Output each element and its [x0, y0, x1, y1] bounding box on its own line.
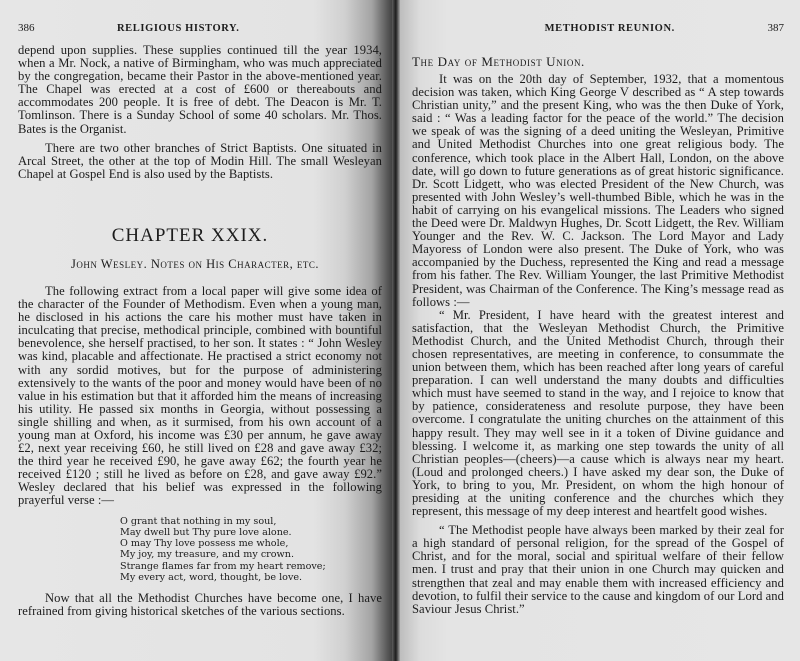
- chapter-subtitle: John Wesley. Notes on His Character, etc…: [18, 257, 382, 272]
- body-paragraph: There are two other branches of Strict B…: [18, 142, 382, 181]
- verse-line: My every act, word, thought, be love.: [120, 572, 382, 583]
- right-page-number: 387: [768, 22, 785, 34]
- left-running-title: RELIGIOUS HISTORY.: [35, 23, 383, 34]
- right-running-head: METHODIST REUNION. 387: [412, 22, 784, 44]
- chapter-title: CHAPTER XXIX.: [18, 225, 382, 247]
- left-page: 386 RELIGIOUS HISTORY. depend upon suppl…: [0, 0, 392, 661]
- left-page-number: 386: [18, 22, 35, 34]
- section-heading: The Day of Methodist Union.: [412, 54, 784, 70]
- body-paragraph: Now that all the Methodist Churches have…: [18, 592, 382, 618]
- right-running-title: METHODIST REUNION.: [412, 23, 768, 34]
- verse-line: O may Thy love possess me whole,: [120, 538, 382, 549]
- right-page: METHODIST REUNION. 387 The Day of Method…: [400, 0, 800, 661]
- left-running-head: 386 RELIGIOUS HISTORY.: [18, 22, 382, 44]
- body-paragraph: depend upon supplies. These supplies con…: [18, 44, 382, 136]
- verse-line: My joy, my treasure, and my crown.: [120, 549, 382, 560]
- body-paragraph: “ Mr. President, I have heard with the g…: [412, 309, 784, 519]
- body-paragraph: It was on the 20th day of September, 193…: [412, 73, 784, 309]
- verse-line: May dwell but Thy pure love alone.: [120, 527, 382, 538]
- book-gutter: [392, 0, 400, 661]
- verse-line: Strange flames far from my heart remove;: [120, 561, 382, 572]
- body-paragraph: “ The Methodist people have always been …: [412, 524, 784, 616]
- book-spread: 386 RELIGIOUS HISTORY. depend upon suppl…: [0, 0, 800, 661]
- verse-line: O grant that nothing in my soul,: [120, 516, 382, 527]
- body-paragraph: The following extract from a local paper…: [18, 285, 382, 508]
- verse-block: O grant that nothing in my soul, May dwe…: [120, 516, 382, 584]
